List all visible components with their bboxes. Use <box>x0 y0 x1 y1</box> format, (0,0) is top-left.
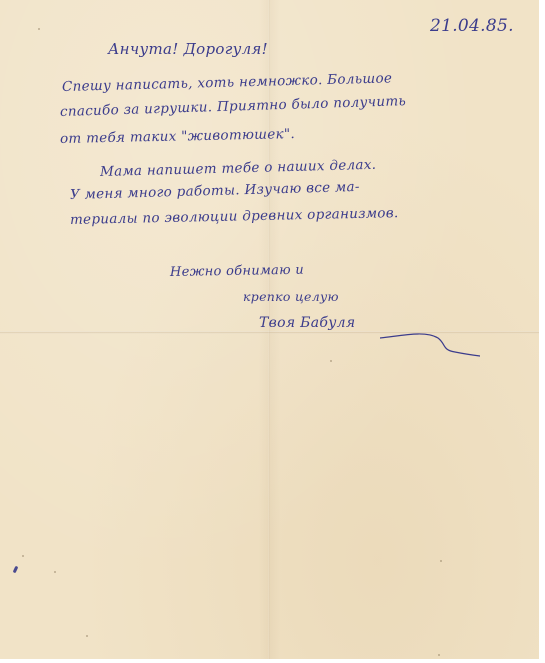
closing-line-2: крепко целую <box>243 289 339 304</box>
paper-speck <box>38 28 40 30</box>
letter-paper: 21.04.85. Анчута! Дорогуля! Спешу написа… <box>0 0 539 659</box>
stray-ink-mark <box>13 566 19 574</box>
paper-speck <box>22 555 24 557</box>
body-line-6: териалы по эволюции древних организмов. <box>70 205 399 228</box>
body-line-4: Мама напишет тебе о наших делах. <box>100 157 377 180</box>
scanned-letter: 21.04.85. Анчута! Дорогуля! Спешу написа… <box>0 0 545 663</box>
body-line-2: спасибо за игрушки. Приятно было получит… <box>60 93 407 120</box>
signature: Твоя Бабуля <box>259 315 355 331</box>
body-line-3: от тебя таких "животюшек". <box>60 126 295 147</box>
paper-speck <box>440 560 442 562</box>
letter-date: 21.04.85. <box>430 16 514 36</box>
letter-greeting: Анчута! Дорогуля! <box>108 40 268 58</box>
paper-speck <box>54 571 56 573</box>
paper-speck <box>330 360 332 362</box>
closing-line-1: Нежно обнимаю и <box>170 263 304 280</box>
body-line-1: Спешу написать, хоть немножко. Большое <box>62 70 393 95</box>
paper-speck <box>438 654 440 656</box>
paper-speck <box>86 635 88 637</box>
body-line-5: У меня много работы. Изучаю все ма- <box>70 179 360 203</box>
signature-flourish-icon <box>380 318 480 368</box>
